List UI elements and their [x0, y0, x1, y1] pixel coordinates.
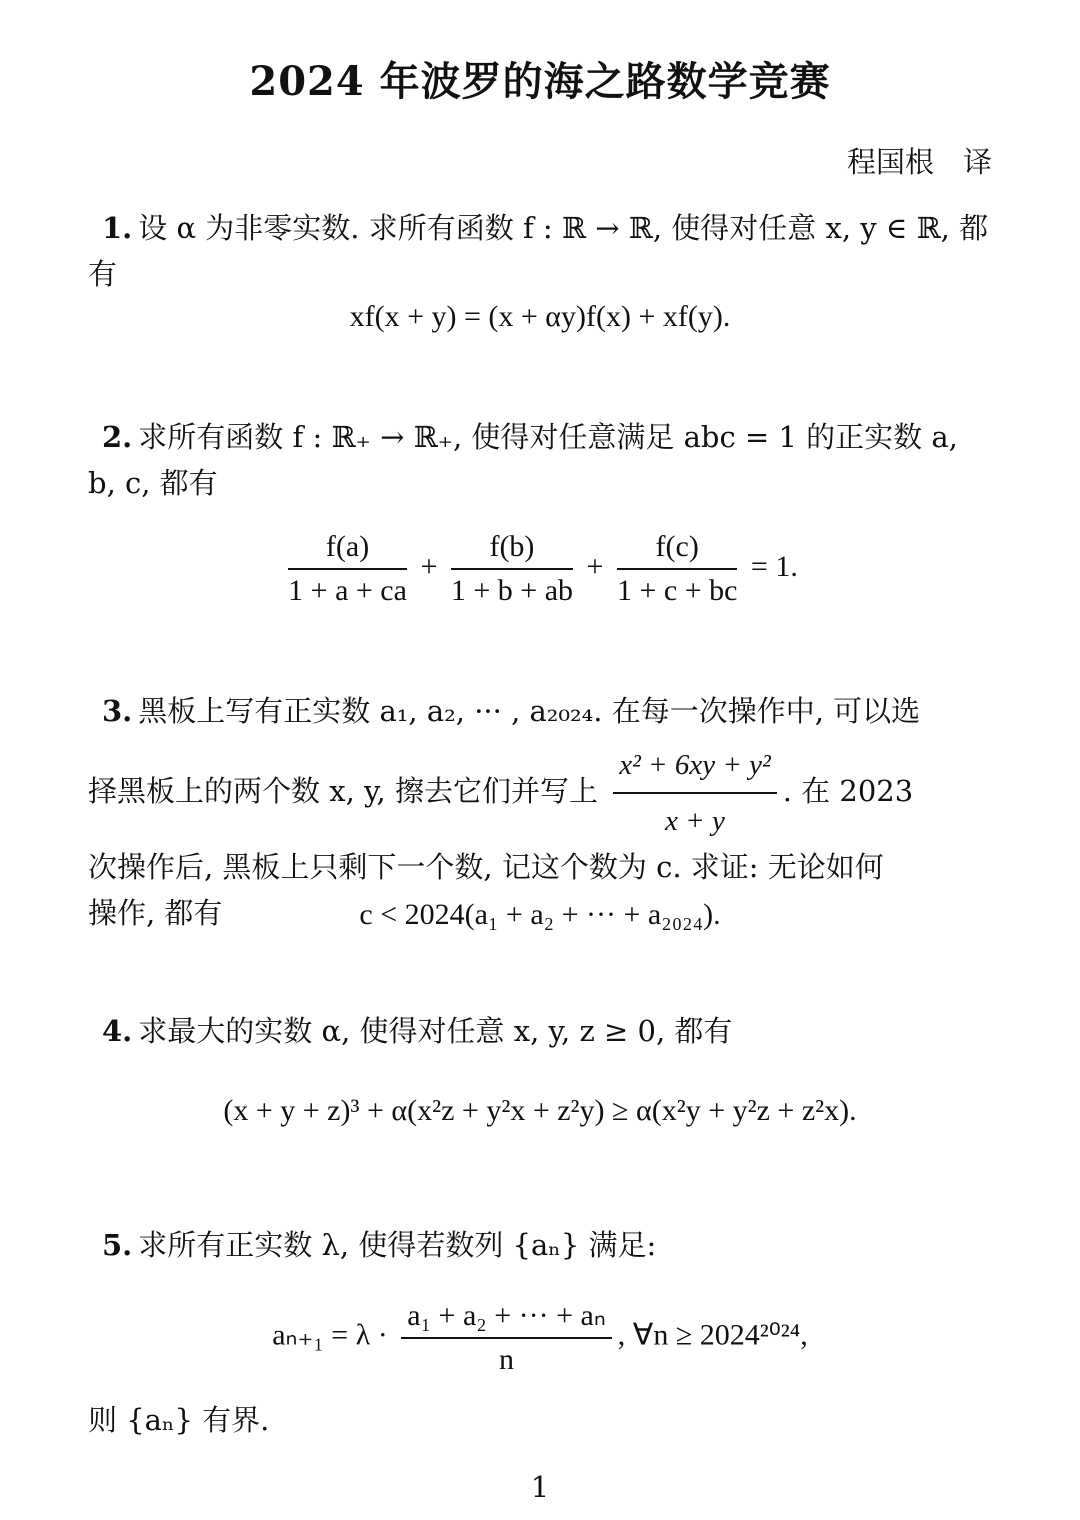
problem-5-equation: aₙ₊₁ = λ · a₁ + a₂ + ··· + aₙn, ∀n ≥ 202… [0, 1298, 1080, 1377]
fraction: f(b)1 + b + ab [451, 530, 573, 608]
problem-2-equation: f(a)1 + a + ca + f(b)1 + b + ab + f(c)1 … [0, 530, 1080, 608]
problem-number: 1. [102, 211, 132, 245]
problem-number: 3. [102, 694, 132, 728]
problem-text: 设 α 为非零实数. 求所有函数 f : ℝ → ℝ, 使得对任意 x, y ∈… [88, 211, 988, 291]
problem-3-equation: c < 2024(a₁ + a₂ + ··· + a₂₀₂₄). [0, 898, 1080, 932]
problem-number: 5. [102, 1228, 132, 1262]
problem-4-equation: (x + y + z)³ + α(x²z + y²x + z²y) ≥ α(x²… [0, 1094, 1080, 1128]
page-number: 1 [0, 1470, 1080, 1504]
page-title: 2024 年波罗的海之路数学竞赛 [0, 50, 1080, 107]
problem-1: 1.设 α 为非零实数. 求所有函数 f : ℝ → ℝ, 使得对任意 x, y… [88, 205, 994, 297]
fraction: f(c)1 + c + bc [617, 530, 737, 608]
problem-number: 4. [102, 1014, 132, 1048]
problem-1-equation: xf(x + y) = (x + αy)f(x) + xf(y). [0, 300, 1080, 334]
problem-2: 2.求所有函数 f : ℝ₊ → ℝ₊, 使得对任意满足 abc = 1 的正实… [88, 414, 994, 506]
problem-text: 求所有函数 f : ℝ₊ → ℝ₊, 使得对任意满足 abc = 1 的正实数 … [88, 420, 958, 500]
problem-number: 2. [102, 420, 132, 454]
problem-5: 5.求所有正实数 λ, 使得若数列 {aₙ} 满足: [88, 1222, 994, 1268]
problem-5-conclusion: 则 {aₙ} 有界. [88, 1397, 994, 1443]
author-line: 程国根 译 [847, 140, 992, 181]
fraction: f(a)1 + a + ca [288, 530, 407, 608]
problem-4: 4.求最大的实数 α, 使得对任意 x, y, z ≥ 0, 都有 [88, 1008, 994, 1054]
